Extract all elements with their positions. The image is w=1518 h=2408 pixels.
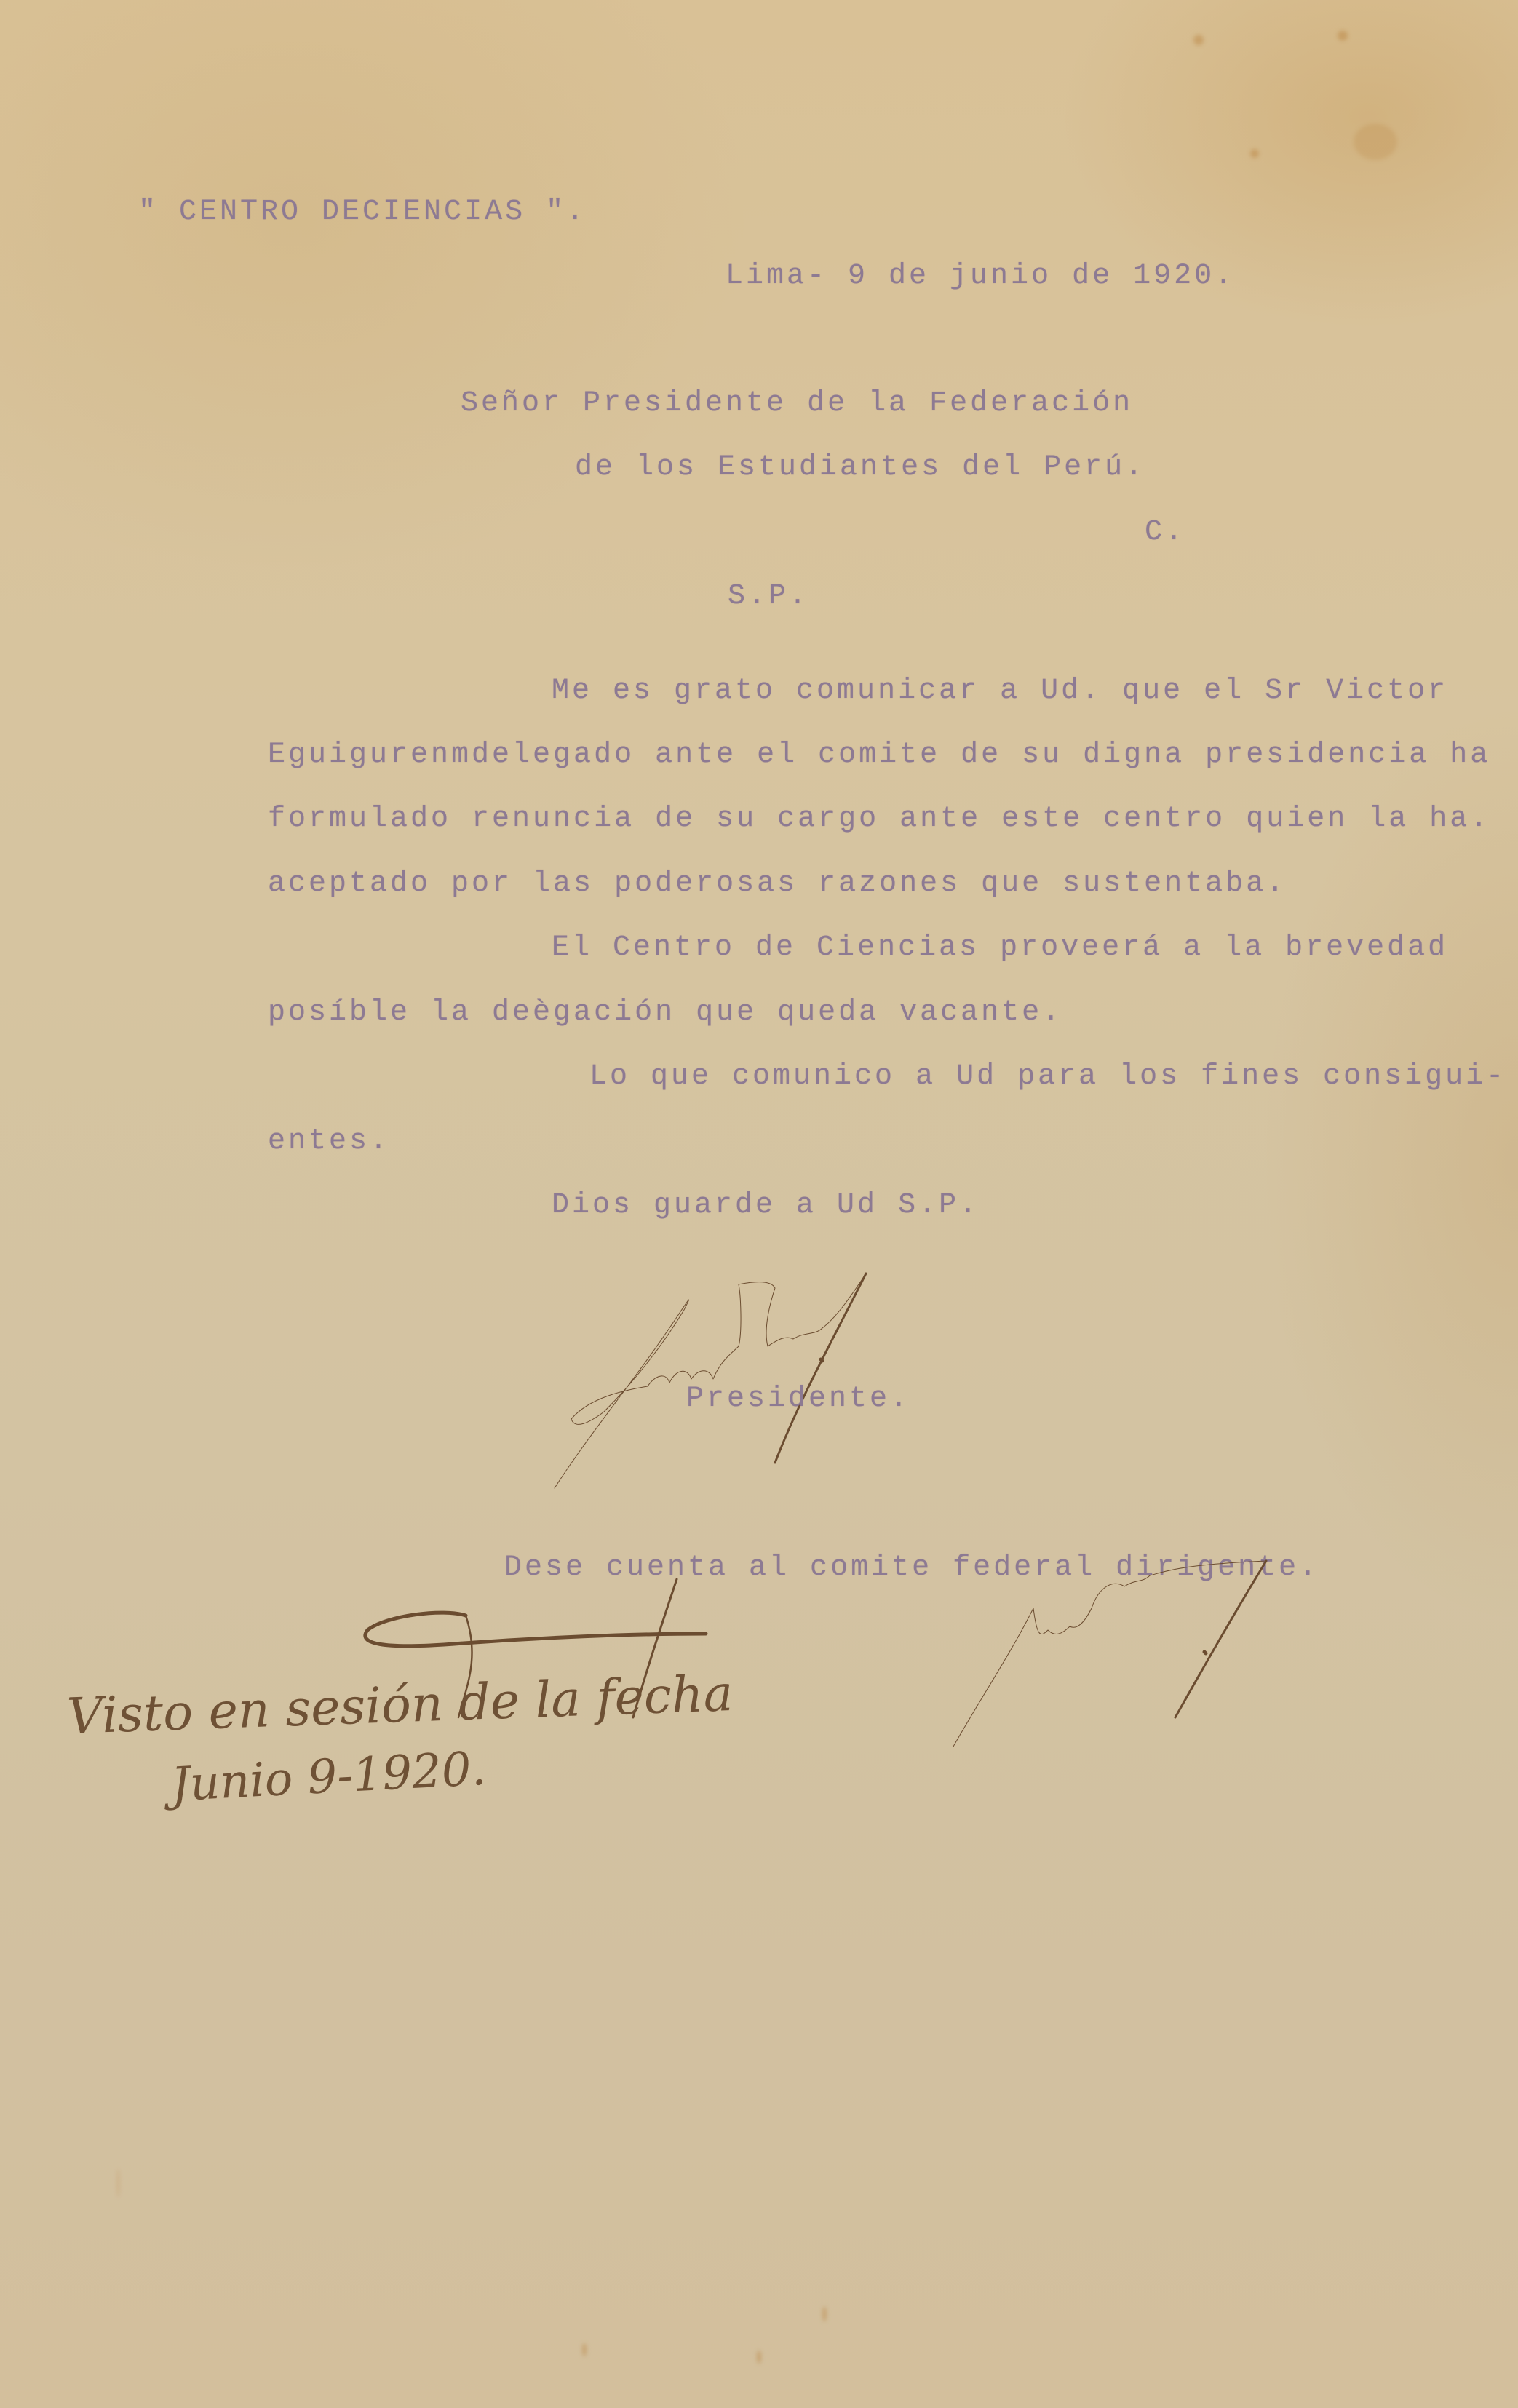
salutation: S.P. (728, 582, 809, 611)
handwritten-flourish (357, 1572, 968, 1761)
paper-stain (757, 2351, 761, 2364)
paper-stain (1354, 124, 1397, 160)
place-date: Lima- 9 de junio de 1920. (726, 262, 1235, 291)
document-page: " CENTRO DECIENCIAS ". Lima- 9 de junio … (0, 0, 1518, 2408)
body-p1-line-1: Me es grato comunicar a Ud. que el Sr Vi… (552, 677, 1448, 706)
paper-stain (1338, 31, 1348, 41)
recipient-ciudad: C. (1145, 518, 1185, 547)
recipient-line-2: de los Estudiantes del Perú. (575, 453, 1145, 482)
paper-stain (1193, 35, 1204, 45)
paper-stain (116, 2169, 120, 2198)
body-p1-line-3: formulado renuncia de su cargo ante este… (268, 805, 1490, 834)
paper-stain (1250, 149, 1259, 158)
federation-signature (946, 1565, 1281, 1754)
body-p2-line-1: El Centro de Ciencias proveerá a la brev… (552, 934, 1448, 963)
signature-title: Presidente. (686, 1385, 910, 1414)
body-p3-line-1: Lo que comunico a Ud para los fines cons… (589, 1062, 1506, 1092)
handwritten-note-line-2: Junio 9-1920. (170, 1746, 488, 1809)
body-p3-line-2: entes. (268, 1127, 390, 1156)
closing: Dios guarde a Ud S.P. (552, 1191, 979, 1220)
body-p1-line-4: aceptado por las poderosas razones que s… (268, 870, 1287, 899)
recipient-line-1: Señor Presidente de la Federación (461, 389, 1133, 418)
letterhead: " CENTRO DECIENCIAS ". (138, 198, 587, 227)
paper-stain (822, 2307, 827, 2321)
body-p1-line-2: Eguigurenmdelegado ante el comite de su … (268, 741, 1490, 770)
body-p2-line-2: posíble la deègación que queda vacante. (268, 998, 1062, 1028)
paper-stain (582, 2343, 587, 2356)
